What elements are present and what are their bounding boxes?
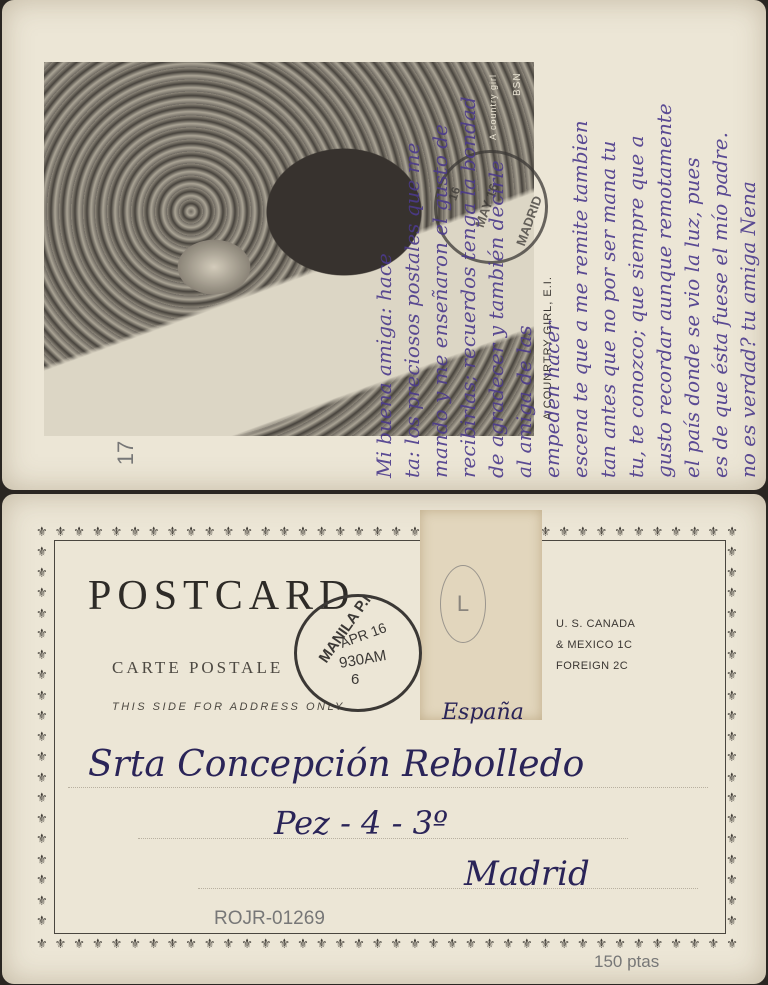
postage-rates: U. S. CANADA & MEXICO 1C FOREIGN 2C	[556, 614, 635, 677]
address-street: Pez - 4 - 3º	[274, 804, 448, 842]
letter-line: Mi buena amiga: hace	[372, 253, 396, 478]
letter-line: empeden hacer	[540, 321, 564, 478]
pencil-circle-mark: L	[440, 565, 486, 643]
address-line	[68, 787, 708, 788]
letter-line: no es verdad? tu amiga Nena	[736, 181, 760, 478]
stamp-area: L	[420, 510, 542, 720]
ornament-border-bottom: ⚜⚜⚜⚜⚜⚜⚜⚜⚜⚜⚜⚜⚜⚜⚜⚜⚜⚜⚜⚜⚜⚜⚜⚜⚜⚜⚜⚜⚜⚜⚜⚜⚜⚜⚜⚜⚜⚜⚜⚜	[36, 936, 746, 952]
catalog-number: ROJR-01269	[214, 908, 325, 930]
ornament-border-right: ⚜⚜⚜⚜⚜⚜⚜⚜⚜⚜⚜⚜⚜⚜⚜⚜⚜⚜⚜⚜	[726, 542, 742, 934]
letter-line: es de que ésta fuese el mío padre.	[708, 132, 732, 478]
address-country: España	[442, 700, 524, 725]
price-note: 150 ptas	[594, 952, 659, 972]
ornament-border-top: ⚜⚜⚜⚜⚜⚜⚜⚜⚜⚜⚜⚜⚜⚜⚜⚜⚜⚜⚜⚜⚜⚜⚜⚜⚜⚜⚜⚜⚜⚜⚜⚜⚜⚜⚜⚜⚜⚜⚜⚜	[36, 524, 746, 540]
letter-line: recibirlas; recuerdos tenga la bondad	[456, 96, 480, 478]
letter-line: de agradecer y también decirle	[484, 160, 508, 478]
postmark-time: 930AM	[338, 647, 388, 672]
address-name: Srta Concepción Rebolledo	[88, 744, 584, 785]
ornament-border-left: ⚜⚜⚜⚜⚜⚜⚜⚜⚜⚜⚜⚜⚜⚜⚜⚜⚜⚜⚜⚜	[36, 542, 52, 934]
letter-line: al amiga de las	[512, 325, 536, 478]
postage-line: U. S. CANADA	[556, 614, 635, 635]
letter-line: tan antes que no por ser mana tu	[596, 141, 620, 478]
address-instruction: THIS SIDE FOR ADDRESS ONLY	[112, 701, 345, 713]
postmark-number: 6	[351, 671, 359, 688]
manila-postmark: MANILA P.I. APR 16 930AM 6	[294, 594, 422, 712]
photo-number: BSN	[512, 72, 523, 96]
address-line	[198, 888, 698, 889]
postage-line: & MEXICO 1C	[556, 635, 635, 656]
postage-line: FOREIGN 2C	[556, 656, 635, 677]
letter-line: ta: los preciosos postales que me	[400, 143, 424, 478]
pencil-mark: 17	[113, 441, 139, 465]
letter-line: el país donde se vio la luz, pues	[680, 157, 704, 478]
letter-line: mando y me enseñaron el gusto de	[428, 124, 452, 478]
postcard-front: A COUNRTRY GIRL, E.I. A country girl BSN…	[2, 0, 766, 490]
address-city: Madrid	[464, 854, 590, 894]
letter-line: gusto recordar aunque remotamente	[652, 103, 676, 478]
letter-line: tu, te conozco; que siempre que a	[624, 135, 648, 478]
postcard-back: ⚜⚜⚜⚜⚜⚜⚜⚜⚜⚜⚜⚜⚜⚜⚜⚜⚜⚜⚜⚜⚜⚜⚜⚜⚜⚜⚜⚜⚜⚜⚜⚜⚜⚜⚜⚜⚜⚜⚜⚜…	[2, 494, 766, 984]
carte-postale-label: CARTE POSTALE	[112, 658, 283, 678]
photo-caption-small: A country girl	[488, 74, 498, 140]
letter-line: escena te que a me remite tambien	[568, 120, 592, 478]
